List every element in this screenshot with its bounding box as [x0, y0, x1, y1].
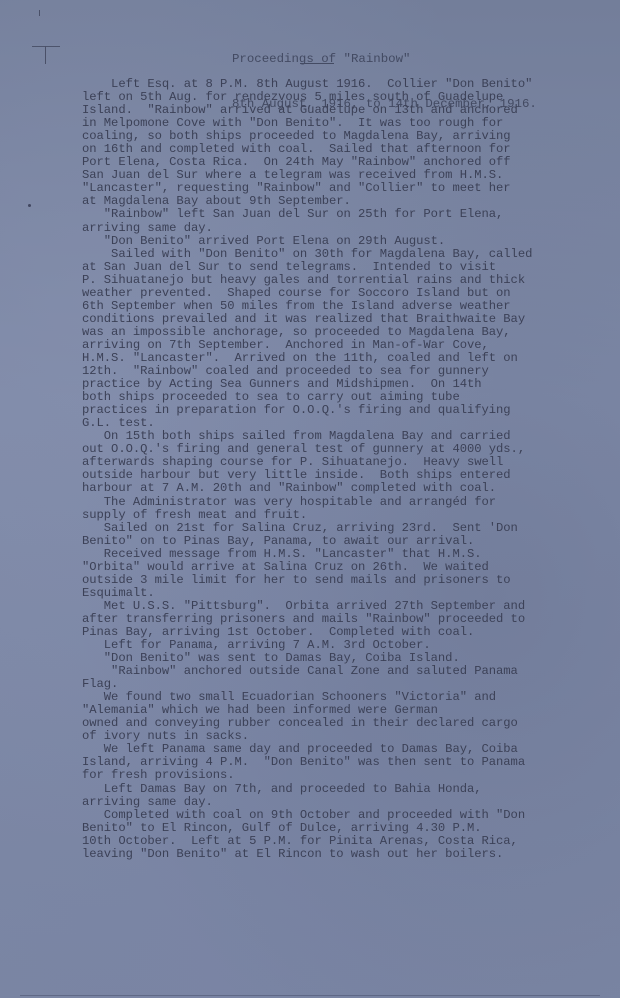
document-body: Left Esq. at 8 P.M. 8th August 1916. Col… [82, 78, 602, 861]
text-line: Esquimalt. [82, 587, 602, 600]
text-line: conditions prevailed and it was realized… [82, 313, 602, 326]
text-line: Benito" on to Pinas Bay, Panama, to awai… [82, 535, 602, 548]
text-line: at San Juan del Sur to send telegrams. I… [82, 261, 602, 274]
text-line: after transferring prisoners and mails "… [82, 613, 602, 626]
page-bottom-edge [20, 995, 600, 996]
text-line: practices in preparation for O.O.Q.'s fi… [82, 404, 602, 417]
text-line: Met U.S.S. "Pittsburg". Orbita arrived 2… [82, 600, 602, 613]
text-line: harbour at 7 A.M. 20th and "Rainbow" com… [82, 482, 602, 495]
margin-dot [28, 204, 31, 207]
text-line: The Administrator was very hospitable an… [82, 496, 602, 509]
text-line: supply of fresh meat and fruit. [82, 509, 602, 522]
text-line: "Rainbow" left San Juan del Sur on 25th … [82, 208, 602, 221]
text-line: Sailed on 21st for Salina Cruz, arriving… [82, 522, 602, 535]
text-line: Completed with coal on 9th October and p… [82, 809, 602, 822]
document-title: Proceedings of "Rainbow" [232, 52, 537, 67]
text-line: arriving same day. [82, 796, 602, 809]
margin-tick-mark [39, 10, 42, 16]
text-line: outside 3 mile limit for her to send mai… [82, 574, 602, 587]
text-line: 6th September when 50 miles from the Isl… [82, 300, 602, 313]
text-line: "Orbita" would arrive at Salina Cruz on … [82, 561, 602, 574]
text-line: weather prevented. Shaped course for Soc… [82, 287, 602, 300]
margin-cross-mark-horizontal [32, 46, 60, 47]
text-line: P. Sihuatanejo but heavy gales and torre… [82, 274, 602, 287]
text-line: Left Damas Bay on 7th, and proceeded to … [82, 783, 602, 796]
text-line: 10th October. Left at 5 P.M. for Pinita … [82, 835, 602, 848]
text-line: was an impossible anchorage, so proceede… [82, 326, 602, 339]
header-underline [300, 63, 334, 64]
text-line: "Don Benito" arrived Port Elena on 29th … [82, 235, 602, 248]
margin-cross-mark-vertical [45, 46, 46, 64]
text-line: "Rainbow" anchored outside Canal Zone an… [82, 665, 602, 678]
text-line: arriving same day. [82, 222, 602, 235]
text-line: Sailed with "Don Benito" on 30th for Mag… [82, 248, 602, 261]
text-line: Received message from H.M.S. "Lancaster"… [82, 548, 602, 561]
document-page: Proceedings of "Rainbow" 8th August, 191… [0, 0, 620, 998]
text-line: Benito" to El Rincon, Gulf of Dulce, arr… [82, 822, 602, 835]
text-line: for fresh provisions. [82, 769, 602, 782]
text-line: leaving "Don Benito" at El Rincon to was… [82, 848, 602, 861]
